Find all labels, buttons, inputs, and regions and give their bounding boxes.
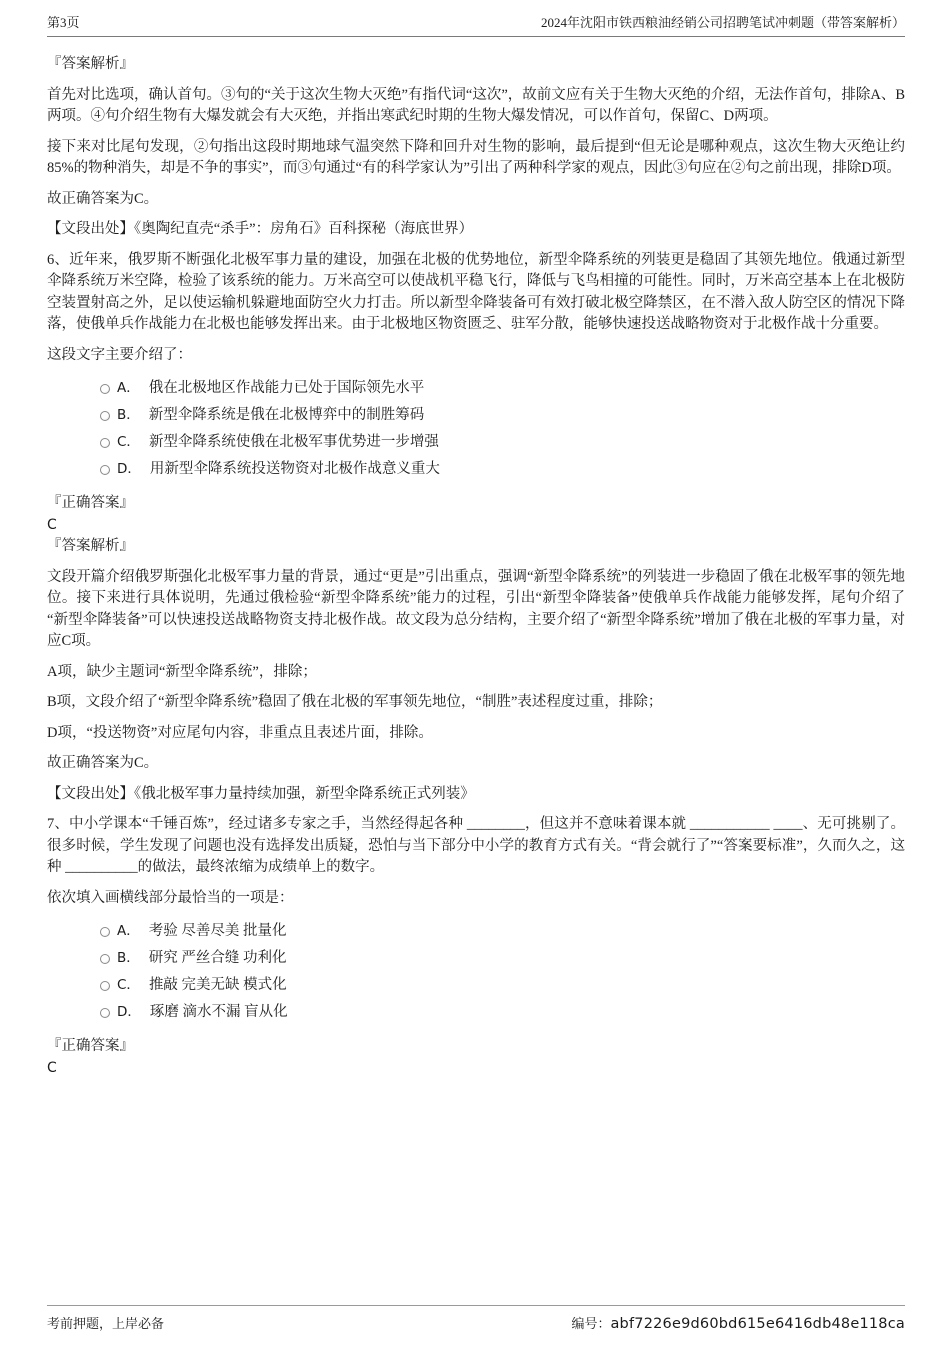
- q7-option-a: A． 考验 尽善尽美 批量化: [100, 918, 905, 945]
- serial-label: 编号：: [571, 1316, 610, 1331]
- q6-analysis-para: 文段开篇介绍俄罗斯强化北极军事力量的背景，通过“更是”引出重点，强调“新型伞降系…: [47, 567, 905, 653]
- option-text: 研究 严丝合缝 功利化: [149, 948, 287, 970]
- option-label: C．: [117, 432, 140, 454]
- q7-options: A． 考验 尽善尽美 批量化 B． 研究 严丝合缝 功利化 C． 推敲 完美无缺…: [47, 918, 905, 1026]
- q6-option-c: C． 新型伞降系统使俄在北极军事优势进一步增强: [100, 429, 905, 456]
- radio-button-icon[interactable]: [100, 1008, 110, 1018]
- q5-analysis-para-2: 接下来对比尾句发现，②句指出这段时期地球气温突然下降和回升对生物的影响，最后提到…: [47, 137, 905, 180]
- q7-option-d: D． 琢磨 滴水不漏 盲从化: [100, 999, 905, 1026]
- option-label: A．: [117, 378, 140, 400]
- q6-stem: 6、近年来，俄罗斯不断强化北极军事力量的建设，加强在北极的优势地位，新型伞降系统…: [47, 250, 905, 336]
- document-body: 『答案解析』 首先对比选项，确认首句。③句的“关于这次生物大灭绝”有指代词“这次…: [47, 54, 905, 1079]
- q6-answer: C: [47, 515, 905, 537]
- serial-value: abf7226e9d60bd615e6416db48e118ca: [610, 1316, 905, 1332]
- page-number: 第3页: [47, 12, 80, 31]
- option-label: B．: [117, 405, 140, 427]
- q5-analysis-heading: 『答案解析』: [47, 54, 905, 76]
- q6-answer-heading: 『正确答案』: [47, 493, 905, 515]
- footer-slogan: 考前押题，上岸必备: [47, 1313, 164, 1332]
- q6-option-d: D． 用新型伞降系统投送物资对北极作战意义重大: [100, 456, 905, 483]
- option-text: 推敲 完美无缺 模式化: [149, 975, 287, 997]
- option-text: 考验 尽善尽美 批量化: [149, 921, 287, 943]
- option-label: D．: [117, 1002, 141, 1024]
- option-label: A．: [117, 921, 140, 943]
- q6-conclusion: 故正确答案为C。: [47, 753, 905, 775]
- q6-source: 【文段出处】《俄北极军事力量持续加强，新型伞降系统正式列装》: [47, 784, 905, 806]
- radio-button-icon[interactable]: [100, 411, 110, 421]
- footer-serial: 编号：abf7226e9d60bd615e6416db48e118ca: [571, 1313, 905, 1332]
- radio-button-icon[interactable]: [100, 954, 110, 964]
- q6-options: A． 俄在北极地区作战能力已处于国际领先水平 B． 新型伞降系统是俄在北极博弈中…: [47, 375, 905, 483]
- radio-button-icon[interactable]: [100, 384, 110, 394]
- option-text: 新型伞降系统使俄在北极军事优势进一步增强: [149, 432, 439, 454]
- radio-button-icon[interactable]: [100, 438, 110, 448]
- q7-question-prompt: 依次填入画横线部分最恰当的一项是：: [47, 888, 905, 910]
- option-text: 新型伞降系统是俄在北极博弈中的制胜筹码: [149, 405, 425, 427]
- radio-button-icon[interactable]: [100, 927, 110, 937]
- q5-analysis-para-1: 首先对比选项，确认首句。③句的“关于这次生物大灭绝”有指代词“这次”，故前文应有…: [47, 85, 905, 128]
- q7-option-c: C． 推敲 完美无缺 模式化: [100, 972, 905, 999]
- option-text: 琢磨 滴水不漏 盲从化: [150, 1002, 288, 1024]
- q7-answer-heading: 『正确答案』: [47, 1036, 905, 1058]
- option-label: C．: [117, 975, 140, 997]
- q5-source: 【文段出处】《奥陶纪直壳“杀手”：房角石》百科探秘（海底世界）: [47, 219, 905, 241]
- q5-conclusion: 故正确答案为C。: [47, 189, 905, 211]
- q6-question-prompt: 这段文字主要介绍了：: [47, 345, 905, 367]
- document-title: 2024年沈阳市铁西粮油经销公司招聘笔试冲刺题（带答案解析）: [541, 12, 905, 31]
- option-text: 用新型伞降系统投送物资对北极作战意义重大: [150, 459, 440, 481]
- radio-button-icon[interactable]: [100, 465, 110, 475]
- document-page: 第3页 2024年沈阳市铁西粮油经销公司招聘笔试冲刺题（带答案解析） 『答案解析…: [0, 0, 950, 1345]
- page-header: 第3页 2024年沈阳市铁西粮油经销公司招聘笔试冲刺题（带答案解析）: [47, 12, 905, 37]
- radio-button-icon[interactable]: [100, 981, 110, 991]
- option-text: 俄在北极地区作战能力已处于国际领先水平: [149, 378, 425, 400]
- q6-option-d-note: D项，“投送物资”对应尾句内容，非重点且表述片面，排除。: [47, 723, 905, 745]
- q6-option-b: B． 新型伞降系统是俄在北极博弈中的制胜筹码: [100, 402, 905, 429]
- q7-answer: C: [47, 1058, 905, 1080]
- q6-option-a: A． 俄在北极地区作战能力已处于国际领先水平: [100, 375, 905, 402]
- q6-option-a-note: A项，缺少主题词“新型伞降系统”，排除；: [47, 662, 905, 684]
- q7-stem: 7、中小学课本“千锤百炼”，经过诸多专家之手，当然经得起各种 ________，…: [47, 814, 905, 879]
- q6-option-b-note: B项，文段介绍了“新型伞降系统”稳固了俄在北极的军事领先地位，“制胜”表述程度过…: [47, 692, 905, 714]
- option-label: D．: [117, 459, 141, 481]
- option-label: B．: [117, 948, 140, 970]
- page-footer: 考前押题，上岸必备 编号：abf7226e9d60bd615e6416db48e…: [47, 1305, 905, 1332]
- q6-analysis-heading: 『答案解析』: [47, 536, 905, 558]
- q7-option-b: B． 研究 严丝合缝 功利化: [100, 945, 905, 972]
